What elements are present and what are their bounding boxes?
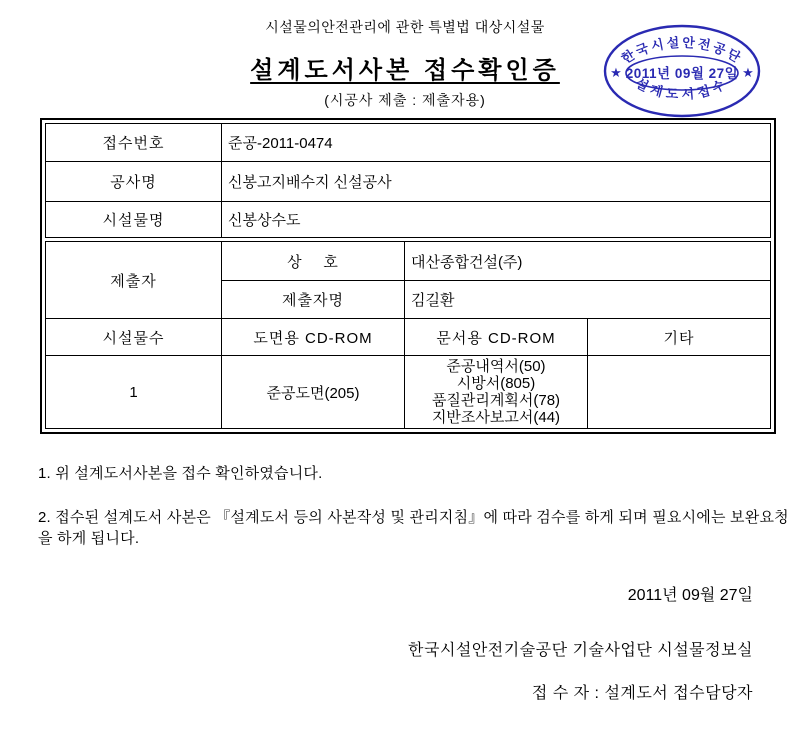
issuing-organization: 한국시설안전기술공단 기술사업단 시설물정보실 (408, 637, 753, 660)
label-company: 상 호 (222, 242, 405, 281)
label-project-name: 공사명 (46, 162, 222, 202)
value-facility-name: 신봉상수도 (222, 202, 771, 238)
basic-info-table: 접수번호 준공-2011-0474 공사명 신봉고지배수지 신설공사 시설물명 … (45, 123, 771, 238)
value-submitter-name: 김길환 (405, 281, 771, 319)
value-receipt-number: 준공-2011-0474 (222, 124, 771, 162)
receipt-info-table: 접수번호 준공-2011-0474 공사명 신봉고지배수지 신설공사 시설물명 … (40, 118, 776, 434)
note-2-line-1: 2. 접수된 설계도서 사본은 『설계도서 등의 사본작성 및 관리지침』에 따… (38, 509, 789, 526)
stamp-date: 2011년 09월 27일 (626, 65, 738, 81)
cell-facility-count: 1 (46, 356, 222, 429)
svg-text:한국시설안전공단: 한국시설안전공단 (619, 35, 746, 67)
cell-document-cdrom: 준공내역서(50) 시방서(805) 품질관리계획서(78) 지반조사보고서(4… (405, 356, 588, 429)
label-facility-name: 시설물명 (46, 202, 222, 238)
header-etc: 기타 (588, 319, 771, 356)
issue-date: 2011년 09월 27일 (408, 582, 753, 605)
submitter-and-counts-table: 제출자 상 호 대산종합건설(주) 제출자명 김길환 시설물수 도면용 CD-R… (45, 241, 771, 429)
label-receipt-number: 접수번호 (46, 124, 222, 162)
footer-section: 2011년 09월 27일 한국시설안전기술공단 기술사업단 시설물정보실 접 … (408, 582, 753, 703)
cell-drawing-cdrom: 준공도면(205) (222, 356, 405, 429)
receiver-line: 접 수 자 : 설계도서 접수담당자 (408, 680, 753, 703)
cell-etc (588, 356, 771, 429)
stamp-seal-icon: 한국시설안전공단 설계도서접수 ★ ★ 2011년 09월 27일 (598, 20, 766, 122)
stamp-star-right-icon: ★ (742, 65, 754, 80)
notes-section: 1. 위 설계도서사본을 접수 확인하였습니다. 2. 접수된 설계도서 사본은… (38, 464, 796, 549)
header-document-cdrom: 문서용 CD-ROM (405, 319, 588, 356)
receipt-stamp: 한국시설안전공단 설계도서접수 ★ ★ 2011년 09월 27일 (598, 20, 766, 122)
document-page: 시설물의안전관리에 관한 특별법 대상시설물 설계도서사본 접수확인증 (시공사… (0, 0, 810, 733)
stamp-star-left-icon: ★ (610, 65, 622, 80)
header-drawing-cdrom: 도면용 CD-ROM (222, 319, 405, 356)
stamp-org-text: 한국시설안전공단 (619, 35, 746, 67)
value-company: 대산종합건설(주) (405, 242, 771, 281)
label-submitter: 제출자 (46, 242, 222, 319)
value-project-name: 신봉고지배수지 신설공사 (222, 162, 771, 202)
header-facility-count: 시설물수 (46, 319, 222, 356)
page-title: 설계도서사본 접수확인증 (250, 50, 560, 85)
note-1: 1. 위 설계도서사본을 접수 확인하였습니다. (38, 464, 796, 484)
note-2-line-2: 을 하게 됩니다. (38, 530, 139, 547)
label-submitter-name: 제출자명 (222, 281, 405, 319)
note-2: 2. 접수된 설계도서 사본은 『설계도서 등의 사본작성 및 관리지침』에 따… (38, 507, 796, 549)
